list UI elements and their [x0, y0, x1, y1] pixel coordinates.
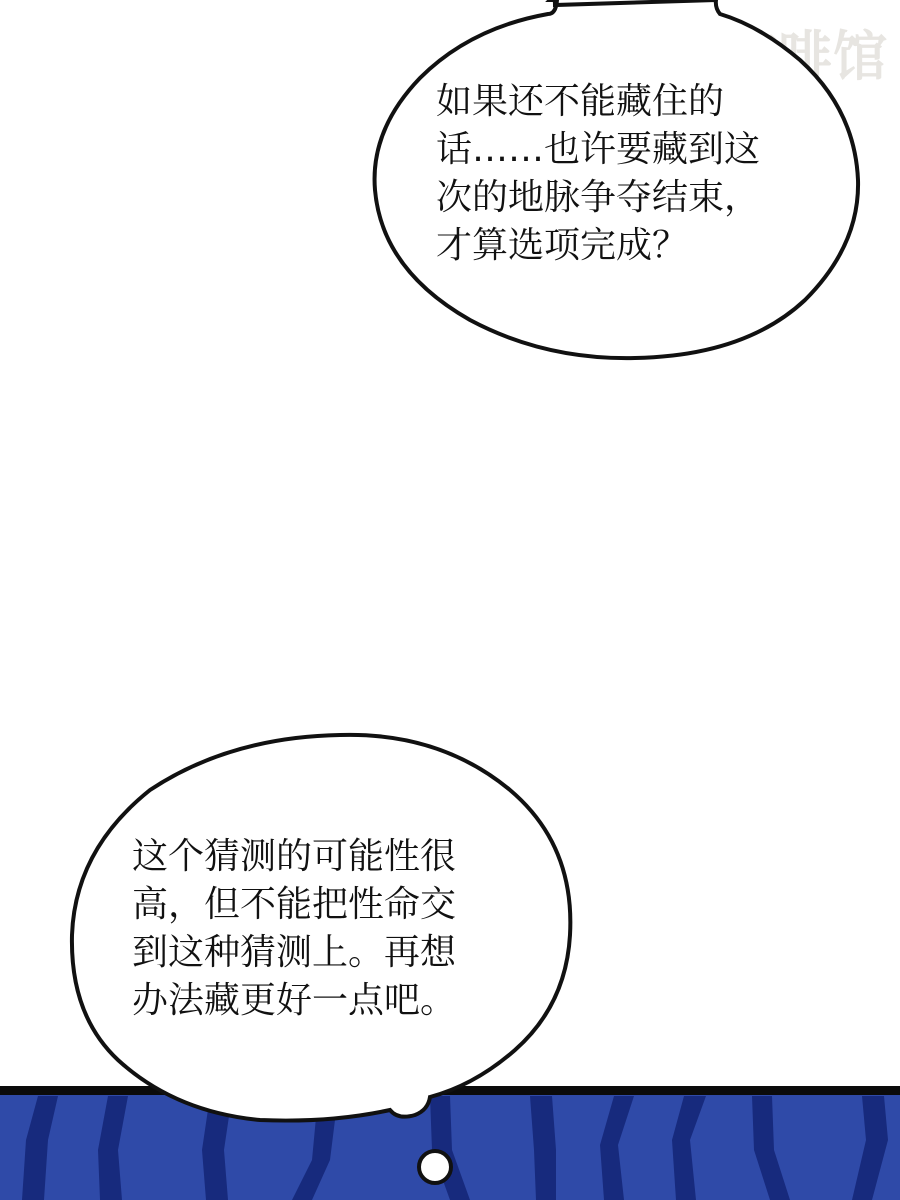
thought-bubble-dot — [419, 1151, 451, 1183]
text-line: 如果还不能藏住的 — [436, 78, 760, 126]
speech-bubble-1-text: 如果还不能藏住的 话……也许要藏到这 次的地脉争夺结束， 才算选项完成？ — [436, 78, 760, 270]
text-line: 这个猜测的可能性很 — [132, 833, 456, 881]
text-line: 话……也许要藏到这 — [436, 126, 760, 174]
text-line: 高，但不能把性命交 — [132, 881, 456, 929]
text-line: 次的地脉争夺结束， — [436, 174, 760, 222]
text-line: 到这种猜测上。再想 — [132, 929, 456, 977]
text-line: 办法藏更好一点吧。 — [132, 977, 456, 1025]
speech-bubble-2-text: 这个猜测的可能性很 高，但不能把性命交 到这种猜测上。再想 办法藏更好一点吧。 — [132, 833, 456, 1025]
text-line: 才算选项完成？ — [436, 222, 760, 270]
